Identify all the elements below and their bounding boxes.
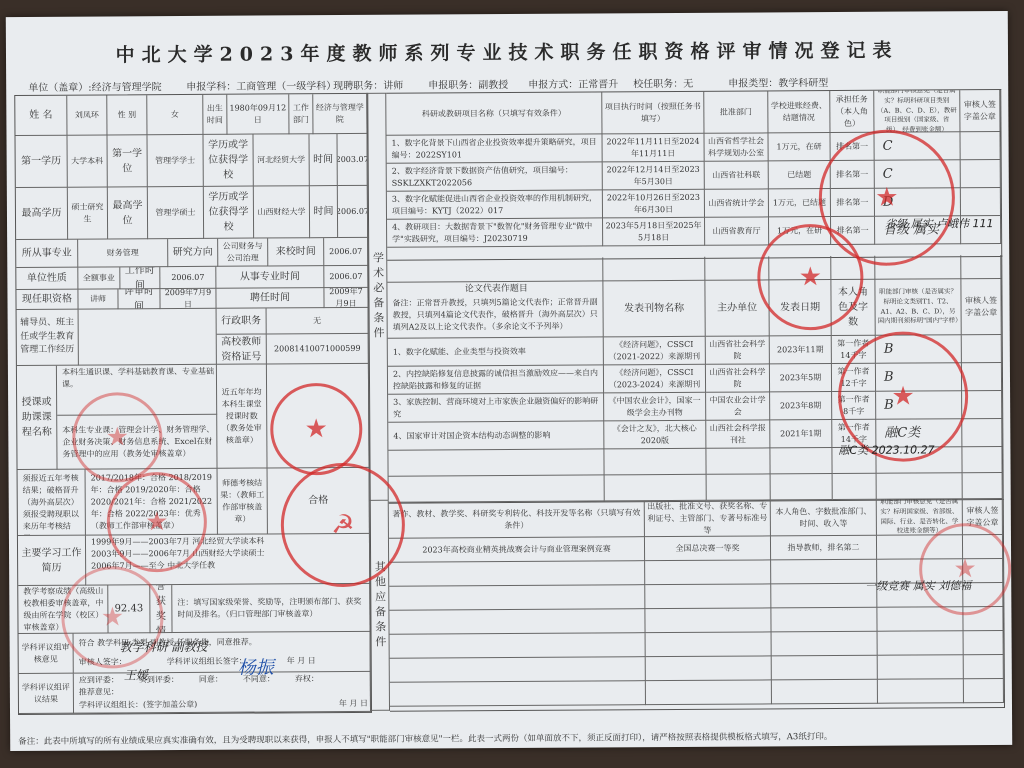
blank-cell bbox=[390, 681, 646, 707]
header-role: 承担任务（本人角色） bbox=[830, 91, 874, 133]
value-name: 刘凤环 bbox=[67, 95, 107, 135]
disagree-count: 不同意： bbox=[243, 674, 275, 686]
label-gender: 性 别 bbox=[107, 95, 147, 135]
header-organizer: 主办单位 bbox=[705, 280, 769, 336]
value-teach-score: 92.43 bbox=[108, 585, 150, 633]
paper-role: 第一作者 8千字 bbox=[832, 392, 876, 420]
blank-cell bbox=[389, 475, 605, 502]
label-deg1: 第一学位 bbox=[107, 135, 147, 187]
papers-table: 论文代表作题目 备注：正常晋升教授，只填列5篇论文代表作；正常晋升副教授，只填列… bbox=[387, 255, 1003, 504]
agree-count: 同意： bbox=[199, 674, 223, 686]
project-review: 省级 属实 bbox=[875, 216, 961, 245]
value-deg1: 管理学学士 bbox=[147, 135, 203, 187]
blank-cell bbox=[963, 559, 1003, 583]
achievement-name: 2023年高校商业精英挑战赛会计与商业管理案例竞赛 bbox=[389, 537, 645, 563]
value-time1: 2003.07 bbox=[337, 134, 367, 186]
blank-cell bbox=[832, 448, 876, 474]
blank-cell bbox=[390, 633, 646, 659]
label-edu2: 最高学历 bbox=[16, 188, 68, 240]
value-school1: 河北经贸大学 bbox=[253, 134, 309, 186]
recommend-opinion: 推荐意见： bbox=[79, 687, 119, 699]
value-prof-time: 2006.07 bbox=[324, 266, 368, 288]
meta-subject: 申报学科：工商管理（一级学科） bbox=[186, 77, 336, 93]
header-paper-title: 论文代表作题目 备注：正常晋升教授，只填列5篇论文代表作；正常晋升副教授，只填列… bbox=[387, 281, 603, 338]
review-date: 年 月 日 bbox=[287, 655, 316, 667]
label-course: 授课或助课课程名称 bbox=[17, 366, 58, 470]
project-dept: 山西省哲学社会科学规划办公室 bbox=[704, 133, 768, 161]
label-cert: 高校教师资格证号 bbox=[217, 334, 267, 364]
paper-date: 2023年8期 bbox=[770, 392, 832, 420]
blank-cell bbox=[389, 585, 645, 611]
label-admin: 行政职务 bbox=[217, 308, 267, 334]
meta-apply-post: 申报职务：副教授 bbox=[428, 76, 508, 91]
header-other-signature: 审核人签字盖公章 bbox=[963, 499, 1003, 535]
label-unit-nature: 单位性质 bbox=[16, 268, 78, 290]
actual-members: 实到评委： bbox=[139, 674, 179, 686]
leader-seal: 学科评议组组长：(签字加盖公章) bbox=[79, 699, 197, 712]
value-honor: 注：填写国家级荣誉、奖励等，注明颁布部门、获奖时间及排名。（归口管理部门审核盖章… bbox=[172, 584, 370, 633]
committee-review-text: 符合 教学科研 类型 副教授 任职条件，同意推荐。 bbox=[79, 637, 257, 650]
project-name: 4、教研项目：大数据背景下"数智化"财务管理专业"做中学"实践研究，项目编号：J… bbox=[387, 218, 603, 247]
blank-cell bbox=[961, 255, 1001, 279]
paper-organizer: 山西社会科学报刊社 bbox=[706, 420, 770, 448]
blank-cell bbox=[772, 656, 878, 681]
paper-signature bbox=[962, 335, 1002, 363]
blank-cell bbox=[964, 679, 1004, 703]
personal-info-table: 姓 名 刘凤环 性 别 女 出生时间 1980年09月12日 工作部门 经济与管… bbox=[14, 93, 372, 715]
section-others: 其他应备条件 bbox=[369, 501, 390, 711]
history-item: 2006年7月——至今 中北大学任教 bbox=[91, 560, 215, 573]
paper-signature bbox=[962, 363, 1002, 391]
value-edu2: 硕士研究生 bbox=[68, 187, 108, 239]
blank-cell bbox=[705, 256, 769, 280]
form-title: 中北大学2023年度教师系列专业技术职务任职资格评审情况登记表 bbox=[6, 35, 1008, 68]
result-date: 年 月 日 bbox=[339, 698, 368, 710]
form-meta: 单位（盖章）:经济与管理学院 申报学科：工商管理（一级学科） 现聘职务：讲师 申… bbox=[18, 73, 996, 79]
project-role: 排名第一 bbox=[831, 217, 875, 245]
paper-title-header-text: 论文代表作题目 bbox=[465, 283, 528, 297]
blank-cell bbox=[877, 473, 963, 500]
paper-title: 4、国家审计对国企资本结构动态调整的影响 bbox=[388, 421, 604, 450]
blank-cell bbox=[877, 535, 963, 560]
header-other-role: 本人角色、字数批准部门、时间、收入等 bbox=[771, 500, 877, 537]
header-other-review: 职能部门审核意见（是否属实？标明国家级、省部级、国际、行业、是否转化、学校进账金… bbox=[877, 499, 963, 536]
blank-cell bbox=[963, 473, 1003, 499]
blank-cell bbox=[771, 584, 877, 609]
blank-cell bbox=[390, 657, 646, 683]
project-funds: 已结题 bbox=[769, 161, 831, 189]
project-role: 排名第一 bbox=[831, 189, 875, 217]
blank-cell bbox=[645, 608, 771, 633]
project-name: 2、数字经济背景下数据资产估值研究，项目编号：SSKLZXKT2022056 bbox=[387, 162, 603, 191]
due-members: 应到评委： bbox=[79, 675, 119, 687]
blank-cell bbox=[772, 632, 878, 657]
paper-journal: 《经济问题》，CSSCI（2023-2024）来源期刊 bbox=[604, 365, 706, 394]
value-course1: 本科生通识课、学科基础教育课、专业基础课。 bbox=[57, 365, 217, 416]
paper-date: 2023年5期 bbox=[770, 364, 832, 392]
paper-title: 1、数字化赋能、企业类型与投资效率 bbox=[388, 337, 604, 366]
value-review: 2009年7月9日 bbox=[160, 289, 216, 309]
project-time: 2022年10月26日至2023年6月30日 bbox=[603, 190, 705, 219]
blank-cell bbox=[964, 631, 1004, 655]
blank-cell bbox=[389, 561, 645, 587]
value-major: 财务管理 bbox=[78, 239, 168, 268]
paper-date: 2021年1期 bbox=[770, 420, 832, 448]
value-unit-nature: 全额事业 bbox=[78, 267, 120, 289]
value-birth: 1980年09月12日 bbox=[227, 94, 289, 134]
paper-organizer: 中国农业会计学会 bbox=[706, 392, 770, 420]
meta-apply-type: 申报类型：教学科研型 bbox=[728, 74, 828, 90]
label-teach-score: 教学考察成绩（高级山校教相委审核盖章，中级由所在学院（校区）审核盖章） bbox=[18, 585, 108, 634]
blank-cell bbox=[707, 474, 771, 500]
label-school2: 学历或学位获得学校 bbox=[204, 187, 254, 239]
header-pub-date: 发表日期 bbox=[769, 280, 831, 336]
paper-title: 3、家族控制、营商环境对上市家族企业融资偏好的影响研究 bbox=[388, 393, 604, 422]
project-dept: 山西省教育厅 bbox=[705, 217, 769, 245]
value-cert: 20081410071000599 bbox=[267, 334, 369, 365]
blank-cell bbox=[646, 632, 772, 657]
paper-signature bbox=[962, 391, 1002, 419]
blank-cell bbox=[769, 256, 831, 280]
meta-unit: 单位（盖章）:经济与管理学院 bbox=[28, 78, 161, 94]
label-arrive: 来校时间 bbox=[268, 238, 324, 266]
blank-cell bbox=[604, 449, 706, 476]
project-dept: 山西省统计学会 bbox=[705, 189, 769, 217]
value-deg2: 管理学硕士 bbox=[148, 187, 204, 239]
value-history: 1999年9月——2003年7月 河北经贸大学读本科 2003年9月——2006… bbox=[86, 534, 370, 586]
project-signature bbox=[961, 216, 1001, 244]
blank-cell bbox=[389, 609, 645, 635]
project-role: 排名第一 bbox=[830, 133, 874, 161]
value-time2: 2006.07 bbox=[338, 186, 368, 238]
project-signature bbox=[961, 160, 1001, 188]
paper-organizer: 山西省社会科学院 bbox=[706, 336, 770, 364]
blank-cell bbox=[388, 449, 604, 476]
blank-cell bbox=[878, 679, 964, 704]
meta-apply-mode: 申报方式：正常晋升 bbox=[528, 75, 618, 91]
value-assess: 2017/2018年：合格 2018/2019年：合格 2019/2020年：合… bbox=[86, 469, 218, 536]
project-time: 2022年12月14日至2023年5月30日 bbox=[603, 162, 705, 191]
blank-cell bbox=[877, 607, 963, 632]
label-committee-review: 学科评议组审核意见 bbox=[19, 634, 74, 674]
achievement-role: 指导教师，排名第二 bbox=[771, 536, 877, 561]
header-publisher: 出版社、批准文号、获奖名称、专利证号、主管部门、专著号标准号等 bbox=[645, 500, 771, 537]
value-hours bbox=[267, 364, 370, 469]
value-arrive: 2006.07 bbox=[324, 238, 368, 266]
header-author-role: 本人角色及字数 bbox=[831, 280, 875, 336]
value-counselor bbox=[79, 309, 217, 366]
paper-role: 第一作者 14千字 bbox=[832, 420, 876, 448]
header-achievement: 著作、教材、教学奖、科研奖专利转化、科技开发等名称（只填写有效条件） bbox=[389, 501, 645, 539]
paper-signature bbox=[962, 419, 1002, 447]
value-dept: 经济与管理学院 bbox=[313, 94, 367, 134]
reviewer-sign: 审核人签字： bbox=[79, 656, 127, 668]
blank-cell bbox=[646, 680, 772, 705]
blank-cell bbox=[771, 474, 833, 500]
label-history: 主要学习工作简历 bbox=[18, 536, 86, 586]
history-item: 2003年9月——2006年7月 山西财经大学读硕士 bbox=[91, 547, 265, 560]
project-signature bbox=[960, 132, 1000, 160]
blank-cell bbox=[878, 655, 964, 680]
paper-role: 第一作者 12千字 bbox=[832, 364, 876, 392]
blank-cell bbox=[706, 448, 770, 474]
label-hire: 聘任时间 bbox=[216, 288, 324, 309]
blank-cell bbox=[876, 447, 962, 474]
project-name: 1、数字化背景下山西省企业投资效率提升策略研究，项目编号：2022SY101 bbox=[386, 134, 602, 163]
blank-cell bbox=[877, 583, 963, 608]
blank-cell bbox=[646, 656, 772, 681]
label-research: 研究方向 bbox=[168, 239, 218, 267]
blank-cell bbox=[770, 448, 832, 474]
header-project-time: 项目执行时间（按照任务书填写） bbox=[602, 92, 704, 135]
paper-role: 第一作者 14千字 bbox=[832, 336, 876, 364]
project-review: C bbox=[874, 132, 960, 161]
value-gender: 女 bbox=[147, 95, 203, 135]
label-dept: 工作部门 bbox=[289, 94, 313, 134]
value-school2: 山西财经大学 bbox=[254, 186, 310, 238]
paper-journal: 《中国农业会计》，国家一级学会主办刊物 bbox=[604, 393, 706, 422]
footer-note: 备注：此表中所填写的所有业绩成果应真实准确有效，且为受聘现职以来获得，申报人不填… bbox=[18, 730, 832, 747]
blank-cell bbox=[603, 257, 705, 282]
label-prof-time: 从事专业时间 bbox=[216, 266, 324, 289]
blank-row bbox=[387, 257, 603, 282]
blank-cell bbox=[963, 583, 1003, 607]
project-time: 2023年5月18日至2025年5月18日 bbox=[603, 218, 705, 247]
blank-cell bbox=[772, 680, 878, 705]
meta-school-post: 校任职务：无 bbox=[633, 75, 693, 90]
blank-cell bbox=[833, 474, 877, 500]
registration-form: 中北大学2023年度教师系列专业技术职务任职资格评审情况登记表 单位（盖章）:经… bbox=[6, 11, 1012, 751]
header-signature: 审核人签字盖公章 bbox=[960, 90, 1000, 132]
paper-title: 2、内控缺陷修复信息披露的诚信担当激励效应——来自内控缺陷披露和修复的证据 bbox=[388, 365, 604, 394]
label-school1: 学历或学位获得学校 bbox=[203, 135, 253, 187]
paper-journal: 《会计之友》，北大核心2020版 bbox=[604, 421, 706, 450]
blank-cell bbox=[962, 447, 1002, 473]
value-ethic: 合格 bbox=[268, 468, 370, 535]
label-birth: 出生时间 bbox=[203, 95, 227, 135]
label-committee-result: 学科评议组评议结果 bbox=[19, 674, 74, 714]
label-time2: 时间 bbox=[310, 186, 338, 238]
others-table: 著作、教材、教学奖、科研奖专利转化、科技开发等名称（只填写有效条件） 出版社、批… bbox=[389, 499, 1005, 712]
section-academic: 学术必备条件 bbox=[366, 93, 388, 501]
project-dept: 山西省社科联 bbox=[705, 161, 769, 189]
paper-review: B bbox=[876, 335, 962, 364]
papers-note: 备注：正常晋升教授，只填列5篇论文代表作；正常晋升副教授，只填列4篇论文代表作，… bbox=[392, 296, 600, 333]
project-signature bbox=[961, 188, 1001, 216]
label-hours: 近五年年均本科生课堂授课时数（教务处审核盖章） bbox=[217, 364, 268, 468]
project-funds: 1万元，已结题 bbox=[769, 189, 831, 217]
header-paper-signature: 审核人签字盖公章 bbox=[961, 279, 1001, 335]
blank-cell bbox=[645, 584, 771, 609]
header-project-name: 科研或教研项目名称（只填写有效条件） bbox=[386, 92, 602, 135]
meta-current-post: 现聘职务：讲师 bbox=[333, 77, 403, 92]
header-approve-dept: 批准部门 bbox=[704, 91, 768, 133]
paper-review: 融C类 bbox=[876, 419, 962, 448]
value-qual: 讲师 bbox=[78, 289, 118, 309]
value-admin: 无 bbox=[267, 308, 369, 335]
paper-organizer: 山西省社会科学院 bbox=[706, 364, 770, 392]
project-role: 排名第一 bbox=[831, 161, 875, 189]
blank-cell bbox=[771, 560, 877, 585]
blank-cell bbox=[877, 559, 963, 584]
label-edu1: 第一学历 bbox=[15, 136, 67, 188]
project-review: D bbox=[875, 188, 961, 217]
committee-result: 应到评委： 实到评委： 同意： 不同意： 弃权： 推荐意见： 学科评议组组长：(… bbox=[74, 672, 371, 714]
header-journal: 发表刊物名称 bbox=[603, 281, 705, 338]
project-time: 2022年11月11日至2024年11月11日 bbox=[602, 134, 704, 163]
label-time1: 时间 bbox=[309, 134, 337, 186]
label-ethic: 师德考核结果：（教师工作部审核盖章） bbox=[218, 468, 268, 534]
paper-journal: 《经济问题》，CSSCI（2021-2022）来源期刊 bbox=[604, 337, 706, 366]
blank-cell bbox=[964, 655, 1004, 679]
blank-cell bbox=[645, 560, 771, 585]
committee-review: 符合 教学科研 类型 副教授 任职条件，同意推荐。 审核人签字： 学科评议组组长… bbox=[74, 632, 371, 674]
blank-cell bbox=[878, 631, 964, 656]
blank-cell bbox=[771, 608, 877, 633]
blank-cell bbox=[875, 255, 961, 280]
label-assess: 正常晋升（转评）须报近五年考核结果；破格晋升（海外高层次）须报受聘现职以来历年考… bbox=[18, 470, 86, 536]
blank-cell bbox=[605, 475, 707, 502]
project-name: 3、数字化赋能促进山西省企业投资效率的作用机制研究，项目编号：KYTJ（2022… bbox=[387, 190, 603, 219]
project-review: C bbox=[875, 160, 961, 189]
label-qual: 现任职资格 bbox=[16, 290, 78, 310]
value-work-time: 2006.07 bbox=[160, 267, 216, 289]
value-course2: 本科生专业课：管理会计学、财务管理学、企业财务决策、财务信息系统、Excel在财… bbox=[57, 415, 217, 470]
research-table: 科研或教研项目名称（只填写有效条件） 项目执行时间（按照任务书填写） 批准部门 … bbox=[386, 89, 1002, 261]
label-counselor: 辅导员、班主任或学生教育管理工作经历 bbox=[17, 310, 79, 366]
leader-sign: 学科评议组组长签字： bbox=[167, 655, 247, 667]
value-research: 公司财务与公司治理 bbox=[218, 238, 268, 266]
paper-review: B bbox=[876, 391, 962, 420]
header-paper-review: 职能部门审核（是否属实？标明论文类别T1、T2、A1、A2、B、C、D），另国内… bbox=[875, 279, 961, 336]
header-funds: 学校进账经费、结题情况 bbox=[768, 91, 830, 133]
paper-review: B bbox=[876, 363, 962, 392]
header-dept-review: 职能部门审核意见（是否属实？标明科研项目类别（A、B、C、D、E），教研项目级别… bbox=[874, 90, 960, 133]
project-funds: 1万元，在研 bbox=[769, 217, 831, 245]
achievement-award: 全国总决赛一等奖 bbox=[645, 536, 771, 561]
project-funds: 1万元，在研 bbox=[768, 133, 830, 161]
history-item: 1999年9月——2003年7月 河北经贸大学读本科 bbox=[91, 535, 265, 548]
abstain-count: 弃权： bbox=[295, 673, 319, 685]
value-edu1: 大学本科 bbox=[67, 135, 107, 187]
blank-cell bbox=[963, 535, 1003, 559]
label-name: 姓 名 bbox=[15, 96, 67, 136]
label-major: 所从事专业 bbox=[16, 240, 78, 268]
blank-cell bbox=[831, 256, 875, 280]
label-deg2: 最高学位 bbox=[108, 187, 148, 239]
blank-cell bbox=[963, 607, 1003, 631]
value-hire: 2009年7月9日 bbox=[324, 288, 368, 308]
paper-date: 2023年11期 bbox=[770, 336, 832, 364]
label-review: 评审时间 bbox=[118, 289, 160, 309]
label-work-time: 工作时间 bbox=[120, 267, 160, 289]
label-honor: 荣誉获奖情况 bbox=[150, 585, 172, 633]
